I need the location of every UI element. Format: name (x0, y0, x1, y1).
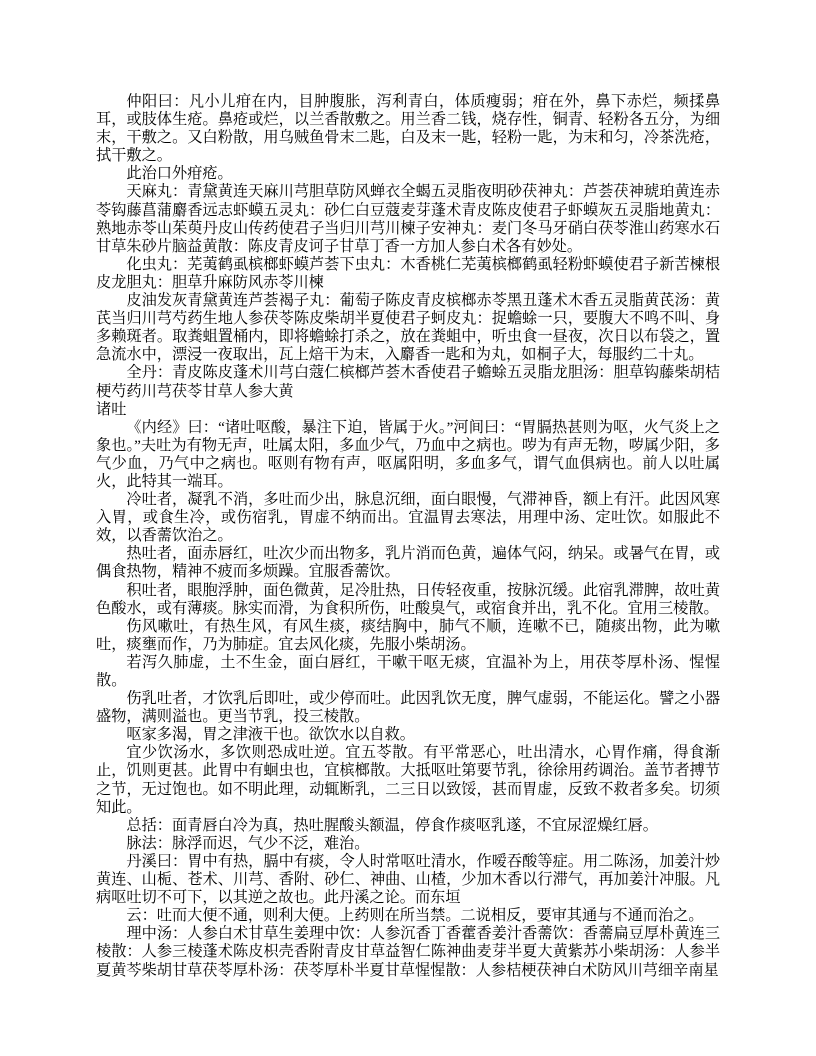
paragraph-zhongyang-gan-intro: 仲阳曰：凡小儿疳在内，目肿腹胀，泻利青白，体质瘦弱；疳在外，鼻下赤烂，频揉鼻耳，… (96, 93, 720, 165)
paragraph-zongkuo-verse: 总括：面青唇白冷为真，热吐腥酸头额温，停食作痰呕乳遂，不宜尿涩燥红唇。 (96, 817, 720, 835)
document-body: 仲阳曰：凡小儿疳在内，目肿腹胀，泻利青白，体质瘦弱；疳在外，鼻下赤烂，频揉鼻耳，… (96, 93, 720, 980)
paragraph-re-tu: 热吐者，面赤唇红，吐次少而出物多，乳片消而色黄，遍体气闷，纳呆。或暑气在胃，或偶… (96, 545, 720, 581)
paragraph-shang-ru-tu: 伤乳吐者，才饮乳后即吐，或少停而吐。此因乳饮无度，脾气虚弱，不能运化。譬之小器盛… (96, 690, 720, 726)
paragraph-tianma-wan-formulas: 天麻丸：青黛黄连天麻川芎胆草防风蝉衣全蝎五灵脂夜明砂茯神丸：芦荟茯神琥珀黄连赤苓… (96, 183, 720, 255)
paragraph-danxi-quote: 丹溪曰：胃中有热，膈中有痰，令人时常呕吐清水，作嗳吞酸等症。用二陈汤，加姜汁炒黄… (96, 853, 720, 907)
paragraph-shangfeng-sou-tu: 伤风嗽吐，有热生风，有风生痰，痰结胸中，肺气不顺，连嗽不已，随痰出物，此为嗽吐，… (96, 618, 720, 654)
paragraph-huachong-wan-formulas: 化虫丸：芜荑鹤虱槟榔虾蟆芦荟下虫丸：木香桃仁芜荑槟榔鹤虱轻粉虾蟆使君子新苦楝根皮… (96, 256, 720, 292)
paragraph-oujia-duoke: 呕家多渴，胃之津液干也。欲饮水以自救。 (96, 726, 720, 744)
paragraph-dongyuan-quote: 云：吐而大便不通，则利大便。上药则在所当禁。二说相反，要审其通与不通而治之。 (96, 907, 720, 925)
paragraph-xie-jiu-fei-xu: 若泻久肺虚，土不生金，面白唇红，干嗽干呕无痰，宜温补为上，用茯苓厚朴汤、惺惺散。 (96, 654, 720, 690)
paragraph-lizhong-tang-formulas: 理中汤：人参白术甘草生姜理中饮：人参沉香丁香藿香姜汁香薷饮：香薷扁豆厚朴黄连三棱… (96, 925, 720, 979)
paragraph-piyou-kepi-wan-formulas: 皮油发灰青黛黄连芦荟褐子丸：葡萄子陈皮青皮槟榔赤苓黑丑蓬术木香五灵脂黄芪汤：黄芪… (96, 292, 720, 364)
section-heading-zhutu: 诸吐 (96, 401, 720, 419)
paragraph-gan-chuang-note: 此治口外疳疮。 (96, 165, 720, 183)
document-page: 仲阳曰：凡小儿疳在内，目肿腹胀，泻利青白，体质瘦弱；疳在外，鼻下赤烂，频揉鼻耳，… (0, 0, 816, 1056)
paragraph-yi-shao-yin-tangshui: 宜少饮汤水，多饮则恐成吐逆。宜五苓散。有平常恶心，吐出清水，心胃作痛，得食渐止，… (96, 744, 720, 816)
paragraph-leng-tu: 冷吐者，凝乳不消，多吐而少出，脉息沉细，面白眼慢，气滞神昏，额上有汗。此因风寒入… (96, 491, 720, 545)
paragraph-neijing-quote: 《内经》曰：“诸吐呕酸，暴注下迫，皆属于火。”河间曰：“胃膈热甚则为呕，火气炎上… (96, 419, 720, 491)
paragraph-maifa: 脉法：脉浮而迟，气少不泛，难治。 (96, 835, 720, 853)
paragraph-quandan-longdan-tang-formulas: 全丹：青皮陈皮蓬术川芎白蔻仁槟榔芦荟木香使君子蟾蜍五灵脂龙胆汤：胆草钩藤柴胡桔梗… (96, 364, 720, 400)
paragraph-ji-tu: 积吐者，眼胞浮肿，面色微黄，足冷肚热，日传轻夜重，按脉沉缓。此宿乳滞脾，故吐黄色… (96, 582, 720, 618)
